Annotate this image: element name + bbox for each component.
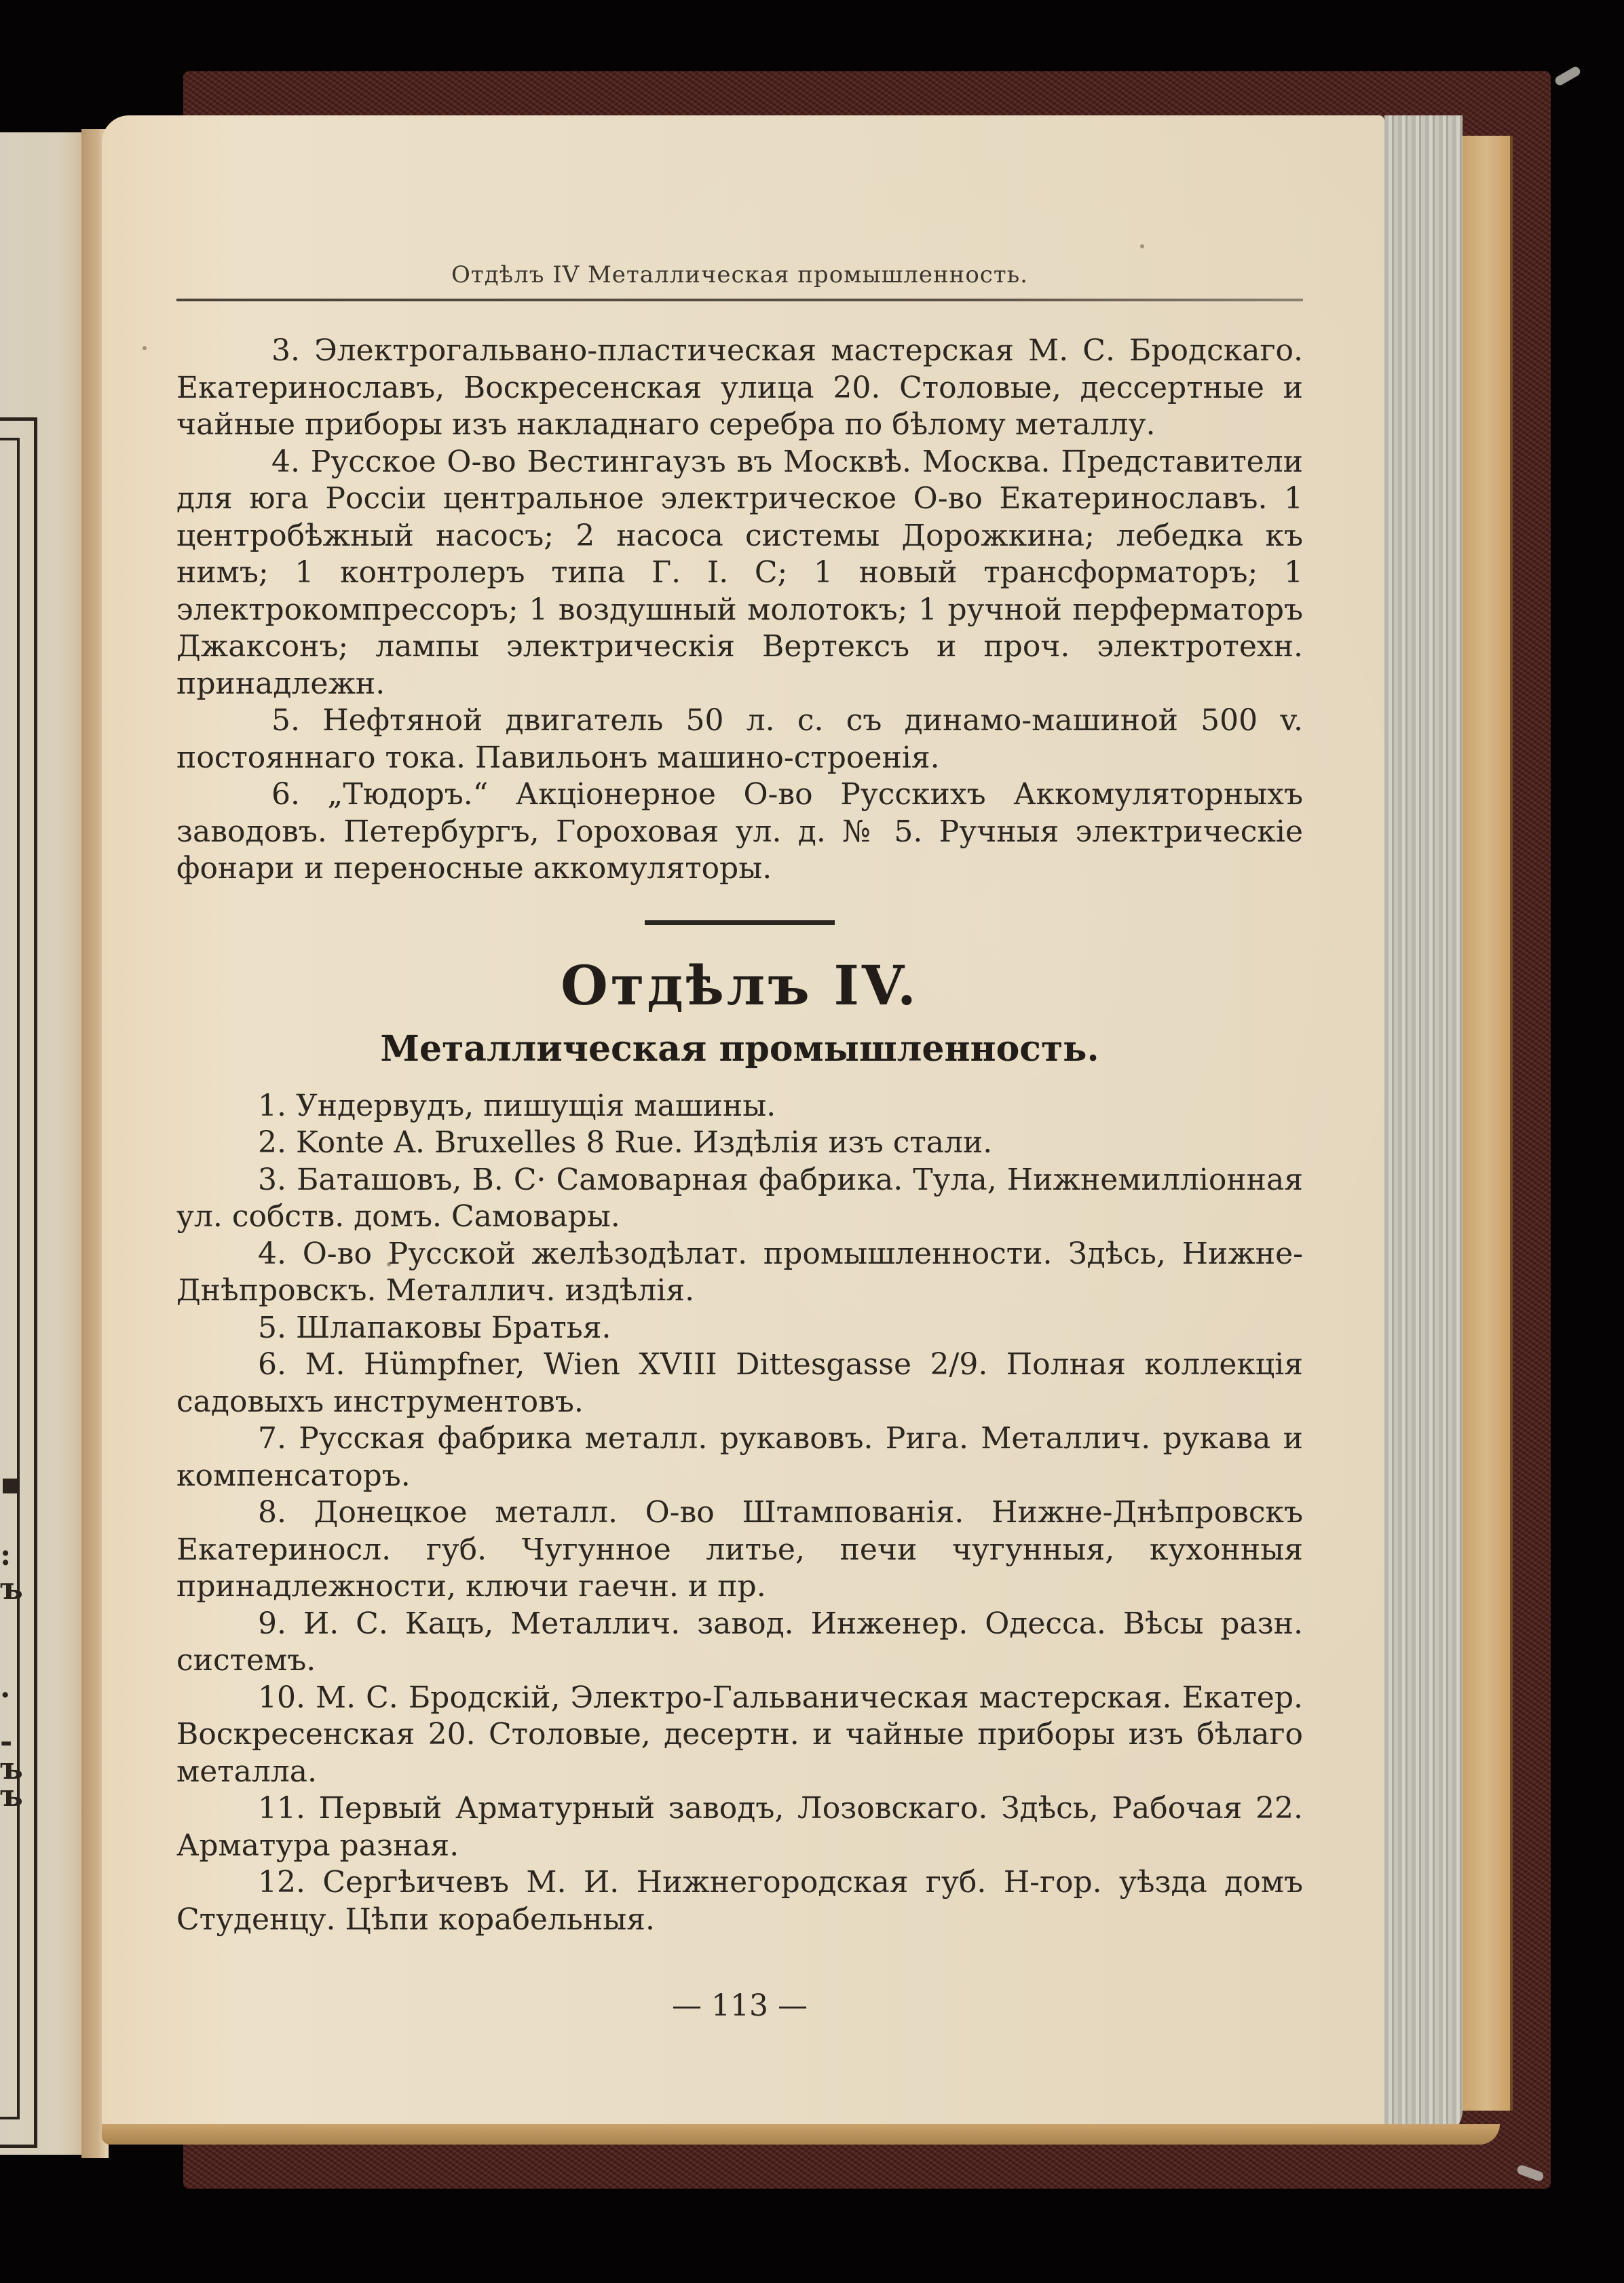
entry-paragraph: 4. Русское О-во Вестингаузъ въ Москвѣ. М… <box>176 444 1303 703</box>
paper-speck <box>387 1262 391 1266</box>
page-body: 3. Электрогальвано-пластическая мастерск… <box>176 333 1303 1938</box>
left-page-fragment: : <box>0 1541 11 1570</box>
entry-paragraph: 6. „Тюдоръ.“ Акціонерное О-во Русскихъ А… <box>176 776 1303 888</box>
entry-paragraph: 4. О-во Русской желѣзодѣлат. промышленно… <box>176 1236 1303 1310</box>
paper-speck <box>1140 244 1144 248</box>
book-page: Отдѣлъ IV Металлическая промышленность. … <box>102 115 1384 2124</box>
left-page-fragment: ъ <box>0 1574 23 1604</box>
entry-paragraph: 1. Ундервудъ, пишущія машины. <box>176 1088 1303 1125</box>
entry-paragraph: 6. M. Hümpfner, Wien XVIII Dittesgasse 2… <box>176 1346 1303 1420</box>
entry-paragraph: 11. Первый Арматурный заводъ, Лозовскаго… <box>176 1790 1303 1864</box>
header-rule <box>176 299 1303 301</box>
page-block-edges <box>1384 115 1462 2138</box>
entry-paragraph: 10. М. С. Бродскій, Электро-Гальваническ… <box>176 1680 1303 1791</box>
left-page-fragment: ▪ <box>0 1469 20 1499</box>
left-page-border-inner <box>0 438 20 2119</box>
entry-paragraph: 5. Шлапаковы Братья. <box>176 1310 1303 1347</box>
entry-paragraph: 8. Донецкое металл. О-во Штампованія. Ни… <box>176 1494 1303 1606</box>
bottom-page-edge <box>102 2124 1500 2145</box>
entry-paragraph: 7. Русская фабрика металл. рукавовъ. Риг… <box>176 1420 1303 1494</box>
page-number: — 113 — <box>176 1988 1303 2023</box>
entry-paragraph: 2. Konte A. Bruxelles 8 Rue. Издѣлія изъ… <box>176 1125 1303 1162</box>
running-head: Отдѣлъ IV Металлическая промышленность. <box>176 261 1303 288</box>
entry-paragraph: 5. Нефтяной двигатель 50 л. с. съ динамо… <box>176 702 1303 776</box>
section-title: Отдѣлъ IV. <box>176 948 1303 1023</box>
entry-paragraph: 3. Баташовъ, В. С· Самоварная фабрика. Т… <box>176 1162 1303 1236</box>
entry-paragraph: 9. И. С. Кацъ, Металлич. завод. Инженер.… <box>176 1606 1303 1680</box>
left-page-fragment: . <box>0 1673 10 1703</box>
cover-fray <box>1553 65 1582 87</box>
section-subtitle: Металлическая промышленность. <box>176 1025 1303 1073</box>
paper-speck <box>143 346 147 350</box>
section-separator <box>645 920 835 925</box>
endpaper-edge <box>1462 136 1513 2111</box>
entry-paragraph: 12. Сергѣичевъ М. И. Нижнегородская губ.… <box>176 1864 1303 1938</box>
left-page-fragment: ъ <box>0 1781 23 1811</box>
entry-paragraph: 3. Электрогальвано-пластическая мастерск… <box>176 333 1303 444</box>
